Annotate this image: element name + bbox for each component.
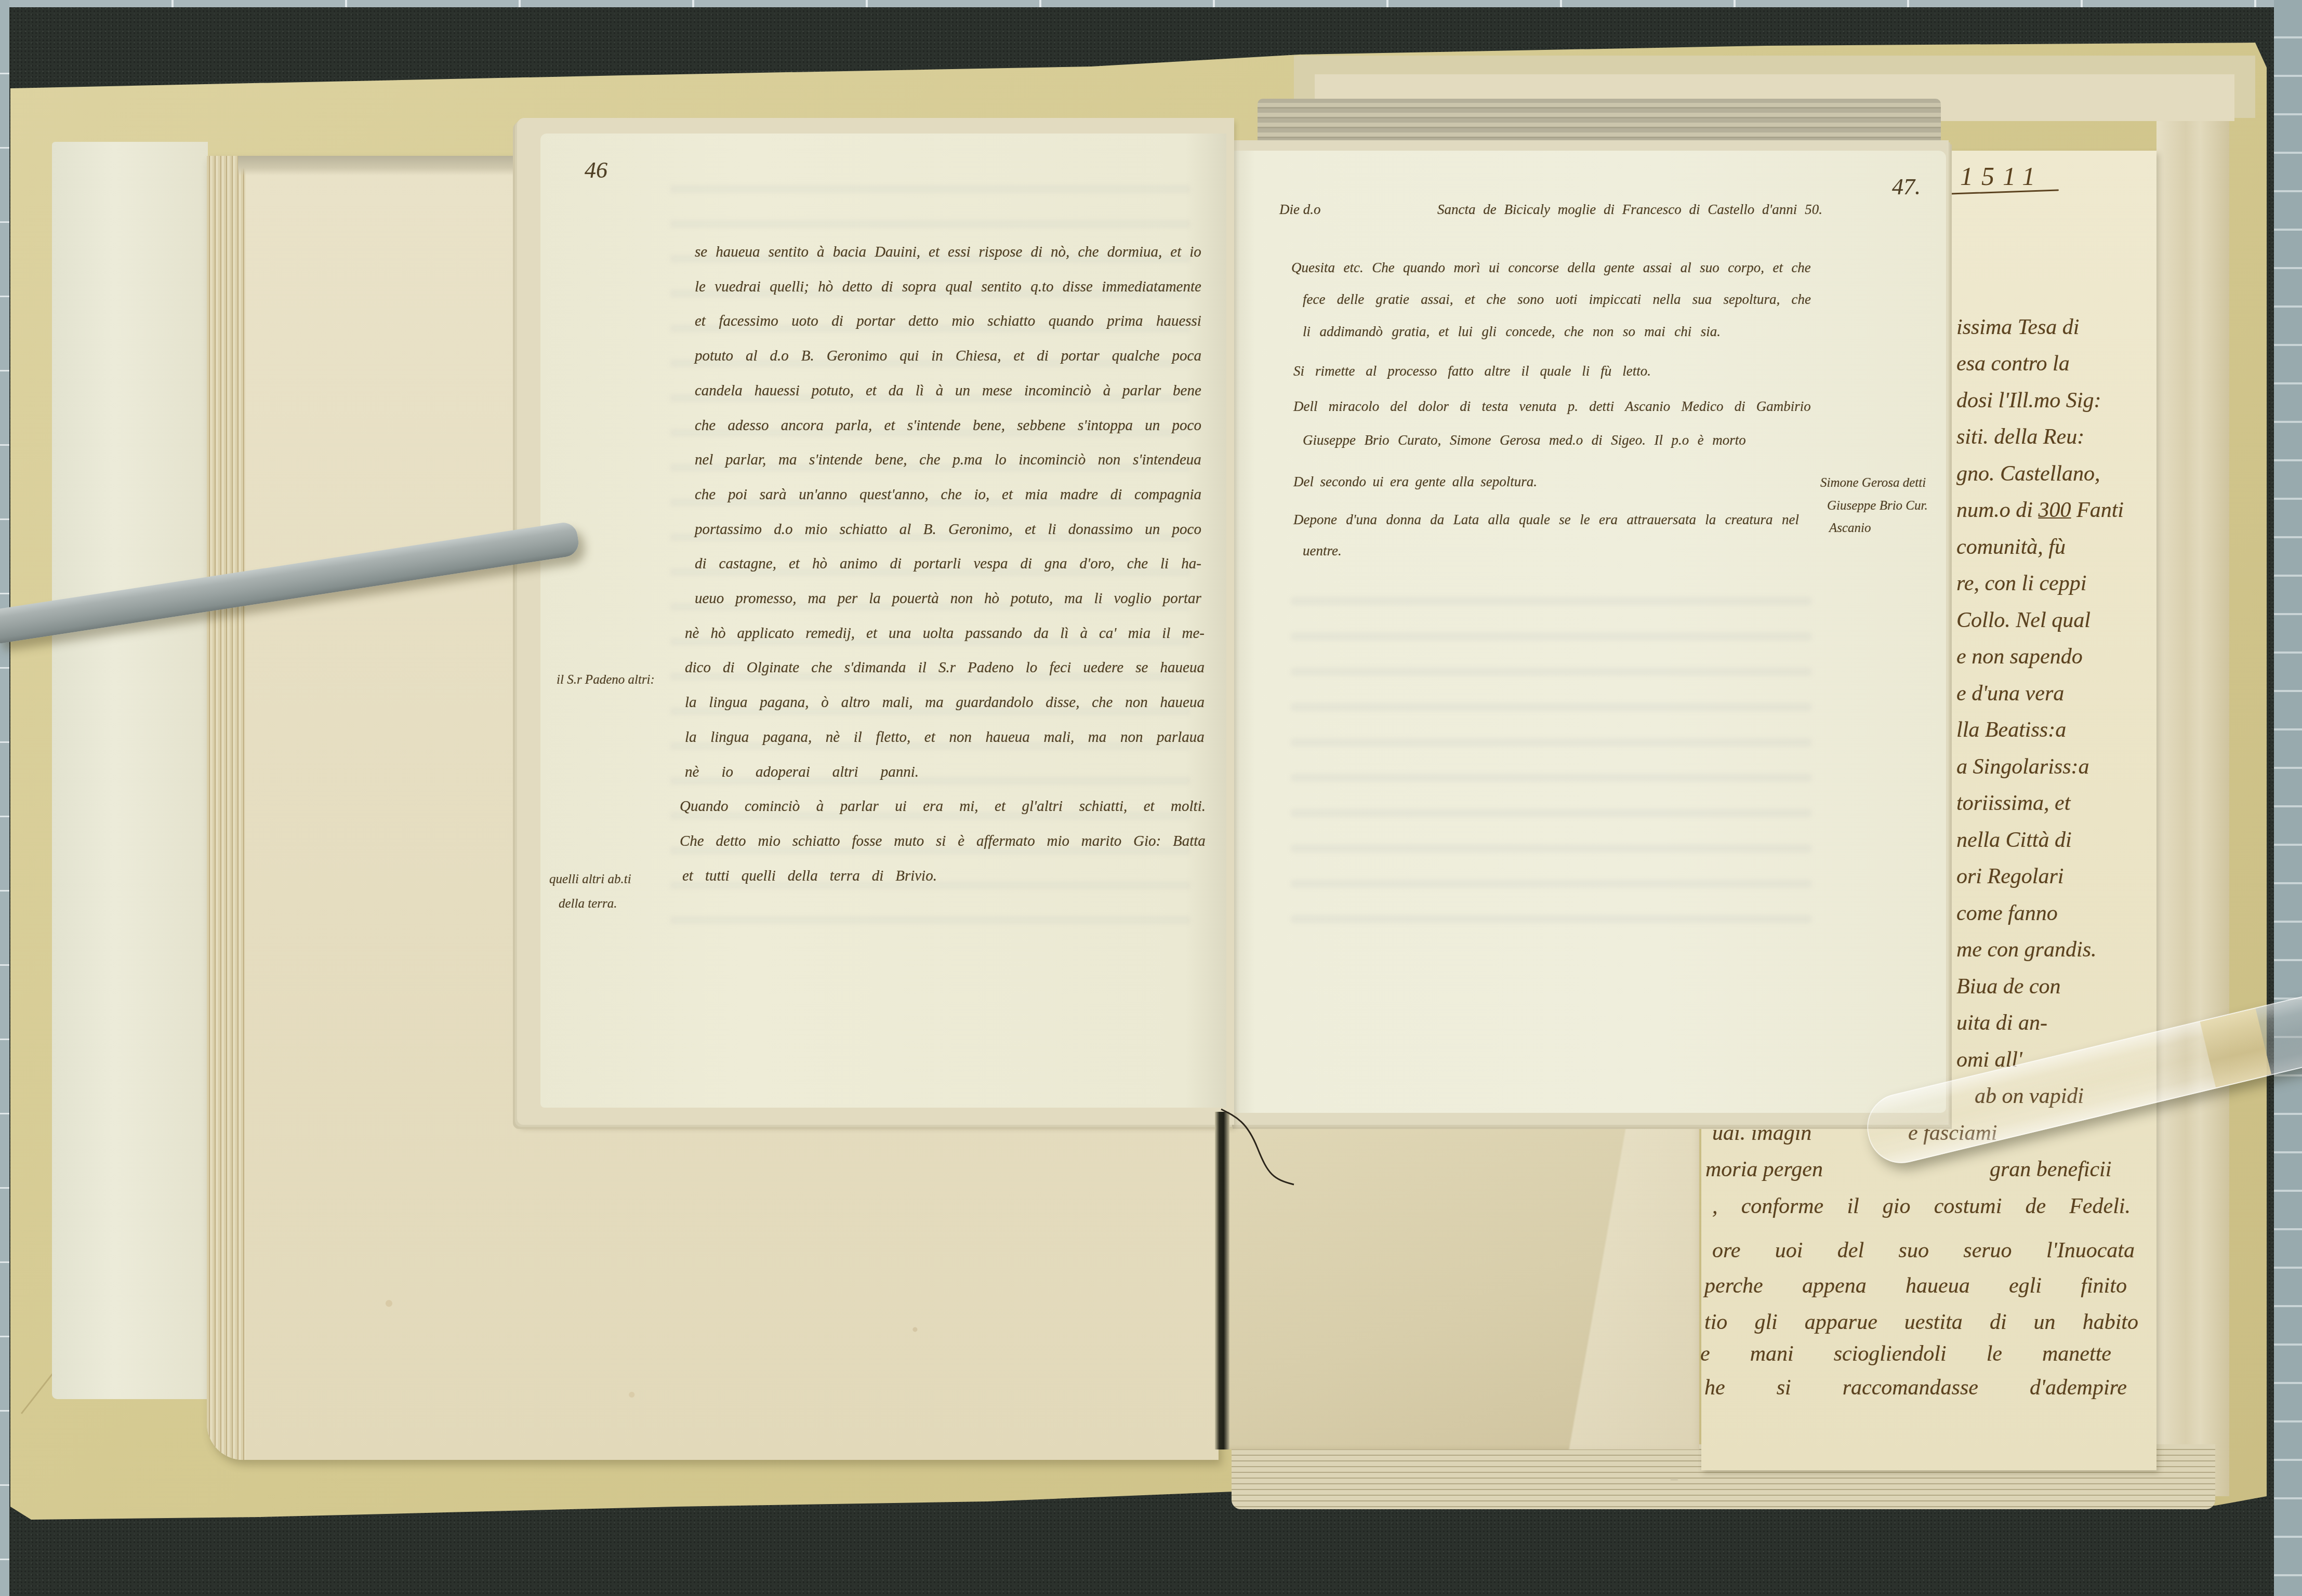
- left-page-line: sehaueuasentitoàbaciaDauini,etessirispos…: [695, 240, 1201, 264]
- letter-line: Biua de con: [1956, 971, 2061, 1002]
- letter-line: uita di an-: [1956, 1007, 2047, 1039]
- letter-line-text: num.o di: [1956, 498, 2039, 522]
- right-page-edges: [2157, 83, 2229, 1496]
- letter-year-heading: 1511: [1960, 161, 2043, 191]
- letter-line-right-part: gran beneficii: [1990, 1154, 2111, 1185]
- right-page-line: liaddimandògratia,etluigliconcede,chenon…: [1303, 320, 1721, 343]
- letter-line: oreuoidelsuoseruol'Inuocata: [1712, 1235, 2135, 1266]
- right-page-line: Deponed'unadonnadaLataallaqualeseleeraat…: [1293, 508, 1799, 531]
- letter-line-left-part: moria pergen: [1705, 1154, 1823, 1185]
- scanner-ruler-right: [2274, 0, 2302, 1596]
- letter-line: percheappenahaueuaeglifinito: [1704, 1270, 2127, 1301]
- left-page-line: ueuopromesso,maperlapouertànonhòpotuto,m…: [695, 587, 1201, 610]
- left-page-line: Quandocominciòàparlaruierami,etgl'altris…: [680, 794, 1206, 818]
- page-edges: [207, 156, 246, 1460]
- underlined-number: 300: [2039, 498, 2071, 522]
- right-margin-note-line: Ascanio: [1829, 516, 1871, 540]
- left-margin-note-line: della terra.: [559, 892, 617, 916]
- letter-line: hesiraccomandassed'adempire: [1704, 1372, 2127, 1403]
- left-page-line: nèhòapplicatoremedij,etunauoltapassandod…: [685, 621, 1205, 645]
- left-page-line: etfacessimouotodiportardettomioschiattoq…: [695, 309, 1201, 333]
- letter-line: e non sapendo: [1956, 641, 2083, 672]
- letter-line: dosi l'Ill.mo Sig:: [1956, 385, 2101, 416]
- letter-line: esa contro la: [1956, 348, 2070, 379]
- left-page-line: dicastagne,ethòanimodiportarlivespadigna…: [695, 552, 1201, 576]
- left-page-line: dicodiOlginateches'dimandailS.rPadenolof…: [685, 656, 1205, 680]
- right-page-line: uentre.: [1303, 539, 1342, 563]
- scanner-ruler-left: [0, 0, 9, 1596]
- right-page-line: Delsecondouieragenteallasepoltura.: [1293, 470, 1537, 494]
- left-page-line: ettuttiquellidellaterradiBrivio.: [682, 864, 937, 888]
- letter-line: a Singolariss:a: [1956, 751, 2089, 782]
- loose-pale-sheet: [52, 142, 208, 1399]
- letter-line: issima Tesa di: [1956, 312, 2080, 343]
- right-margin-note-line: Simone Gerosa detti: [1820, 471, 1926, 495]
- letter-line: nella Città di: [1956, 824, 2072, 856]
- archival-manuscript-photo: 1511 issima Tesa di esa contro la dosi l…: [0, 0, 2302, 1596]
- left-margin-note-line: quelli altri ab.ti: [549, 868, 631, 892]
- left-page-line: candelahauessipotuto,etdalìàunmeseincomi…: [695, 379, 1201, 403]
- left-page-line: Chedettomioschiattofossemutosièaffermato…: [680, 829, 1206, 853]
- letter-line: re, con li ceppi: [1956, 568, 2086, 599]
- letter-line: ,conformeilgiocostumideFedeli.: [1712, 1191, 2131, 1222]
- binding-thread: [1216, 1107, 1299, 1190]
- right-page-line: Dellmiracolodeldolorditestavenutap.detti…: [1293, 394, 1811, 418]
- left-page-line: nelparlar,mas'intendebene,chep.maloincom…: [695, 448, 1201, 472]
- packet-fold-flap: [1538, 1122, 1699, 1449]
- letter-line: me con grandis.: [1956, 934, 2096, 965]
- right-page-line: Quesitaetc.Chequandomorìuiconcorsedellag…: [1291, 256, 1811, 280]
- left-page-line: potutoald.oB.GeronimoquiinChiesa,etdipor…: [695, 344, 1201, 368]
- scanner-ruler-top: [0, 0, 2302, 7]
- page-number-46: 46: [585, 156, 607, 185]
- page-number-47: 47.: [1892, 172, 1921, 202]
- right-page-line: fecedellegratieassai,etchesonouotiimpicc…: [1303, 287, 1811, 311]
- letter-line: siti. della Reu:: [1956, 421, 2084, 453]
- left-page-line: lalinguapagana,òaltromali,maguardandolod…: [685, 690, 1205, 714]
- right-page-line: GiuseppeBrioCurato,SimoneGerosamed.odiSi…: [1303, 428, 1746, 452]
- letter-line: gno. Castellano,: [1956, 458, 2100, 489]
- deposition-date: Die d.o: [1279, 197, 1320, 221]
- letter-line: ori Regolari: [1956, 861, 2064, 892]
- letter-line: come fanno: [1956, 898, 2058, 929]
- letter-line: e d'una vera: [1956, 678, 2064, 709]
- letter-line-text: Fanti: [2071, 498, 2124, 522]
- letter-line: Collo. Nel qual: [1956, 605, 2091, 636]
- letter-line: num.o di 300 Fanti: [1956, 495, 2124, 526]
- left-page-line: lalinguapagana,nèilfletto,etnonhaueuamal…: [685, 725, 1205, 749]
- left-margin-note: il S.r Padeno altri:: [557, 668, 655, 692]
- letter-line: toriissima, et: [1956, 788, 2070, 819]
- left-page-line: chepoisaràun'annoquest'anno,cheio,etmiam…: [695, 483, 1201, 507]
- left-page-line: levuedraiquelli;hòdettodisopraqualsentit…: [695, 275, 1201, 299]
- letter-line: lla Beatiss:a: [1956, 714, 2066, 746]
- left-page-line: cheadessoancoraparla,ets'intendebene,seb…: [695, 414, 1201, 437]
- letter-line: comunità, fù: [1956, 531, 2066, 563]
- witness-heading: SanctadeBicicalymogliediFrancescodiCaste…: [1437, 197, 1822, 221]
- letter-line: tiogliapparueuestitadiunhabito: [1704, 1307, 2138, 1338]
- left-page-line: nèioadoperaialtripanni.: [685, 760, 919, 784]
- letter-line: emanisciogliendolilemanette: [1700, 1338, 2111, 1369]
- left-page-line: portassimod.omioschiattoalB.Geronimo,etl…: [695, 517, 1201, 541]
- right-margin-note-line: Giuseppe Brio Cur.: [1827, 494, 1928, 518]
- right-page-line: Sirimettealprocessofattoaltreilqualelifù…: [1293, 359, 1651, 383]
